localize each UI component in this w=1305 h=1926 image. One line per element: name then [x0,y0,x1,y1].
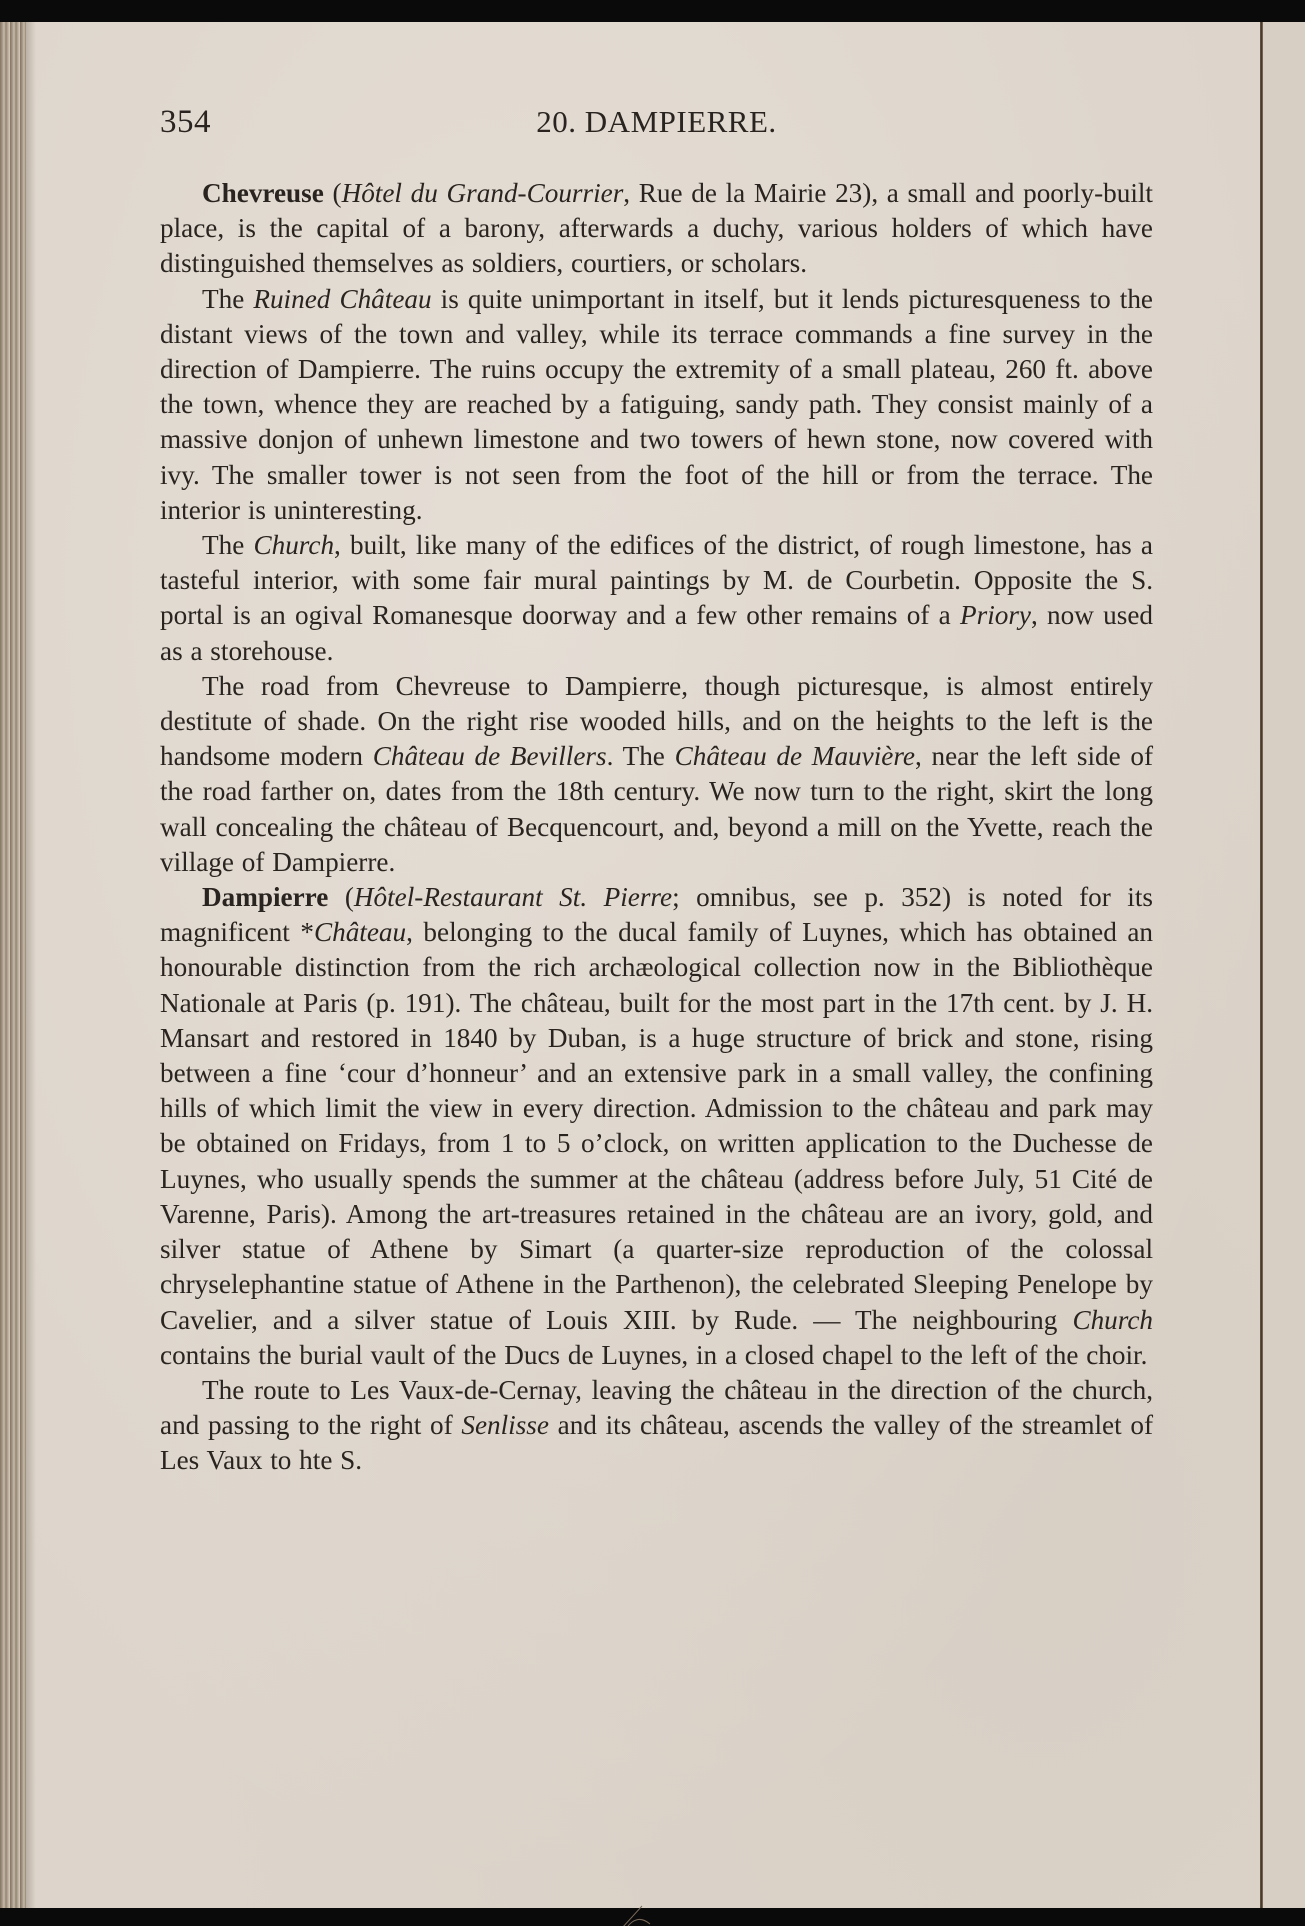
place-name-chevreuse: Chevreuse [202,178,324,208]
sight-chateau: Château [314,917,406,947]
running-head: 354 20. DAMPIERRE. [160,104,1153,158]
sight-ruined-chateau: Ruined Château [253,284,431,314]
paragraph-route-vaux-de-cernay: The route to Les Vaux-de-Cernay, leaving… [160,1373,1153,1479]
text-segment: ( [324,178,342,208]
sight-church: Church [253,530,334,560]
text-block: 354 20. DAMPIERRE. Chevreuse (Hôtel du G… [160,104,1153,1479]
paragraph-road: The road from Chevreuse to Dampierre, th… [160,669,1153,880]
hotel-name: Hôtel-Restaurant St. Pierre [354,882,672,912]
text-segment: , belonging to the ducal family of Luyne… [160,917,1153,1334]
paragraph-ruined-chateau: The Ruined Château is quite unimportant … [160,282,1153,528]
book-page: 354 20. DAMPIERRE. Chevreuse (Hôtel du G… [0,22,1305,1908]
place-name-dampierre: Dampierre [202,882,328,912]
text-segment: The [202,530,253,560]
text-segment: . The [607,741,675,771]
place-senlisse: Senlisse [461,1410,549,1440]
sight-chateau-mauviere: Château de Mauvière [675,741,915,771]
text-segment: ( [328,882,354,912]
paragraph-dampierre: Dampierre (Hôtel-Restaurant St. Pierre; … [160,880,1153,1373]
text-segment: The [202,284,253,314]
sight-church: Church [1072,1305,1153,1335]
sight-chateau-bevillers: Château de Bevillers [373,741,607,771]
adjacent-page-edge [1263,22,1305,1908]
text-segment: contains the burial vault of the Ducs de… [160,1340,1147,1370]
hotel-name: Hôtel du Grand-Courrier [342,178,624,208]
chapter-title: 20. DAMPIERRE. [160,104,1153,140]
sight-priory: Priory [960,600,1031,630]
text-segment: is quite unimportant in itself, but it l… [160,284,1153,525]
page-gutter-edges [0,22,26,1908]
paragraph-chevreuse: Chevreuse (Hôtel du Grand-Courrier, Rue … [160,176,1153,282]
paper-tear-mark [620,1900,660,1926]
paragraph-church: The Church, built, like many of the edif… [160,528,1153,669]
gutter-shadow [26,22,36,1908]
